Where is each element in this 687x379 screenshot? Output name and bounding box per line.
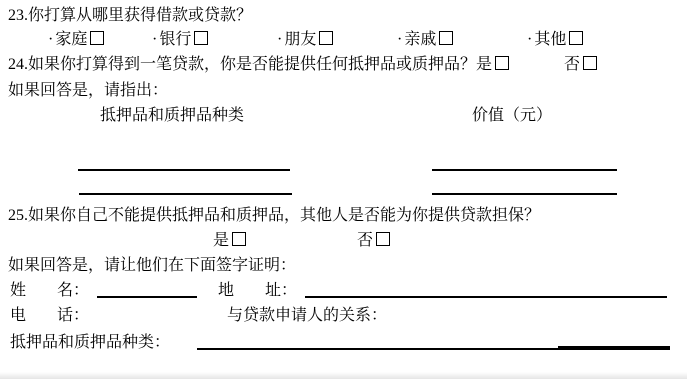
q25-followup: 如果回答是，请让他们在下面签字证明： [8,256,296,276]
q23-option-bank: ·银行 [152,30,208,50]
q24-column-value: 价值（元） [472,106,552,126]
q24-line: 24.如果你打算得到一笔贷款，你是否能提供任何抵押品或质押品？是否 [8,55,597,75]
blank-collateral-type-q25-overline[interactable] [558,346,670,349]
blank-collateral-type-1[interactable] [78,169,290,171]
q23-family-checkbox[interactable] [90,31,104,45]
q23-text: 23.你打算从哪里获得借款或贷款？ [8,6,252,26]
bullet-icon: · [152,31,157,48]
q23-bank-checkbox[interactable] [194,31,208,45]
relation-label: 与贷款申请人的关系： [227,306,387,326]
blank-address[interactable] [305,296,667,298]
q25-yes-label: 是 [213,232,229,249]
bullet-icon: · [277,31,282,48]
q25-no-checkbox[interactable] [376,232,390,246]
q24-no-label: 否 [564,56,580,73]
q24-column-type: 抵押品和质押品种类 [100,106,244,126]
q23-option-friend: ·朋友 [277,30,333,50]
q25-yes-group: 是 [213,231,246,251]
q25-no-group: 否 [357,231,390,251]
q24-no-checkbox[interactable] [583,56,597,70]
q23-option-relative-label: 亲戚 [404,31,436,48]
q23-option-bank-label: 银行 [159,31,191,48]
phone-label-part2: 话： [57,306,89,326]
q23-option-relative: ·亲戚 [397,30,453,50]
q23-other-checkbox[interactable] [569,31,583,45]
q25-no-label: 否 [357,232,373,249]
bullet-icon: · [527,31,532,48]
q23-option-other-label: 其他 [534,31,566,48]
questionnaire-page: 23.你打算从哪里获得借款或贷款？ ·家庭 ·银行 ·朋友 ·亲戚 ·其他 24… [0,0,687,379]
blank-name[interactable] [97,296,197,298]
blank-collateral-value-1[interactable] [432,169,617,171]
name-label-part2: 名： [57,281,89,301]
address-label-part2: 址： [265,281,297,301]
q24-yes-checkbox[interactable] [495,56,509,70]
q24-followup: 如果回答是，请指出： [8,81,168,101]
bottom-edge-shadow [0,372,687,379]
collateral-label: 抵押品和质押品种类： [10,333,170,353]
bullet-icon: · [48,31,53,48]
q25-text: 25.如果你自己不能提供抵押品和质押品，其他人是否能为你提供贷款担保？ [8,206,540,226]
phone-label-part1: 电 [10,306,26,326]
blank-collateral-type-2[interactable] [79,193,292,195]
q24-yes-label: 是 [476,56,492,73]
address-label-part1: 地 [218,281,234,301]
name-label-part1: 姓 [10,281,26,301]
q23-option-friend-label: 朋友 [284,31,316,48]
blank-collateral-value-2[interactable] [432,193,617,195]
q23-option-other: ·其他 [527,30,583,50]
q23-relative-checkbox[interactable] [439,31,453,45]
bullet-icon: · [397,31,402,48]
q24-text: 24.如果你打算得到一笔贷款，你是否能提供任何抵押品或质押品？ [8,56,476,73]
q23-option-family-label: 家庭 [55,31,87,48]
q23-friend-checkbox[interactable] [319,31,333,45]
q25-yes-checkbox[interactable] [232,232,246,246]
q23-option-family: ·家庭 [48,30,104,50]
